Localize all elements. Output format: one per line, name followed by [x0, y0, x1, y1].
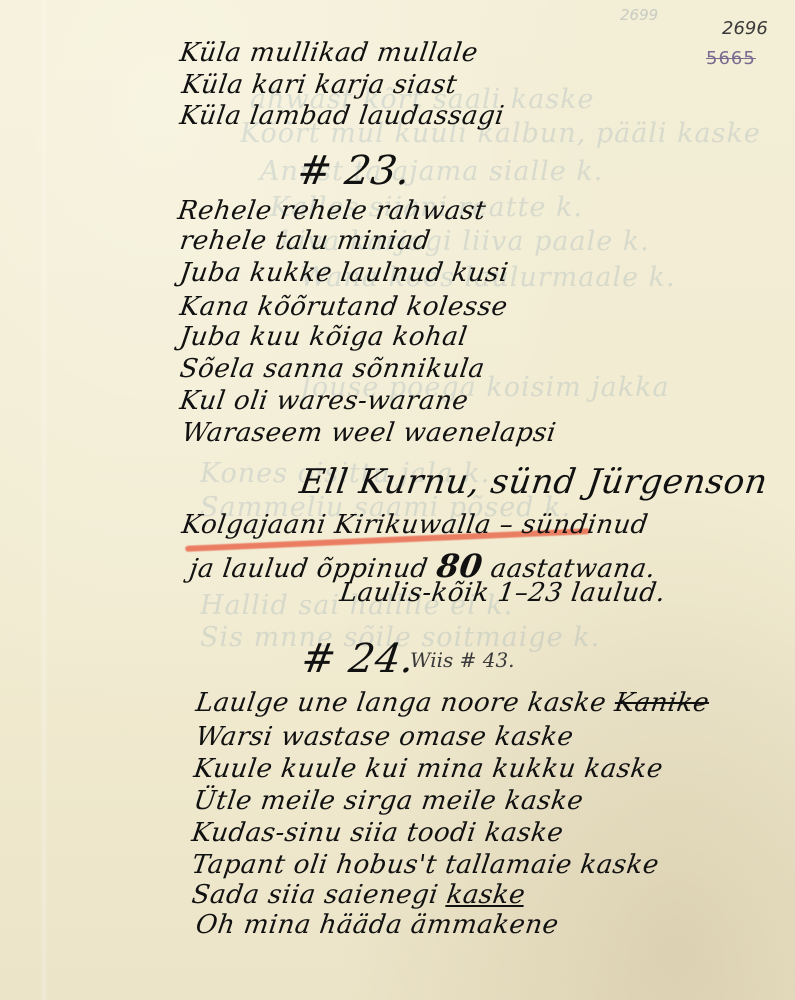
verse-line: Sõela sanna sõnnikula	[178, 354, 487, 384]
archive-number-crossed-out: 5665	[706, 48, 756, 69]
verse-line: Oh mina hääda ämmakene	[194, 910, 561, 940]
verse-line: Ütle meile sirga meile kaske	[192, 786, 585, 816]
archive-number-bleed-through: 2699	[620, 6, 658, 24]
verse-line: Küla mullikad mullale	[178, 38, 480, 68]
archive-number: 2696	[722, 18, 768, 39]
verse-line: Juba kuu kõiga kohal	[178, 322, 469, 352]
verse-line: Küla kari karja siast	[180, 70, 459, 100]
underlined-word: kaske	[445, 880, 527, 910]
verse-line: Warsi wastase omase kaske	[194, 722, 576, 752]
verse-line: rehele talu miniad	[178, 226, 433, 256]
birth-text: sündinud	[520, 510, 650, 540]
verse-line: Kudas-sinu siia toodi kaske	[190, 818, 565, 848]
sang-songs-note: Laulis-kõik 1–23 laulud.	[338, 578, 668, 608]
verse-line: Küla lambad laudassagi	[178, 101, 506, 131]
singer-name: Ell Kurnu, sünd Jürgenson	[297, 462, 770, 502]
verse-line: Kul oli wares-warane	[178, 386, 470, 416]
singer-birthplace-line: Kolgajaani Kirikuwalla – sündinud	[180, 510, 650, 540]
verse-line: Kana kõõrutand kolesse	[178, 292, 510, 322]
birthplace-underlined: Kolgajaani Kirikuwalla	[180, 510, 493, 540]
struck-word: Kanike	[613, 688, 711, 718]
verse-line: Laulge une langa noore kaske Kanike	[194, 688, 711, 718]
verse-line: Tapant oli hobus't tallamaie kaske	[190, 850, 661, 880]
verse-line: Rehele rehele rahwast	[176, 196, 488, 226]
melody-reference-note: Wiis # 43.	[410, 648, 515, 672]
verse-line: Kuule kuule kui mina kukku kaske	[192, 754, 665, 784]
paper-fold	[40, 0, 48, 1000]
verse-line: Waraseem weel waenelapsi	[180, 418, 558, 448]
verse-line: Juba kukke laulnud kusi	[178, 258, 510, 288]
song-heading: # 24.	[299, 636, 418, 682]
manuscript-page: ahwast kõrt saali kaske Kõõrt mul kuuli …	[0, 0, 795, 1000]
verse-line: Sada siia saienegi kaske	[190, 880, 527, 910]
song-heading: # 23.	[295, 148, 414, 194]
